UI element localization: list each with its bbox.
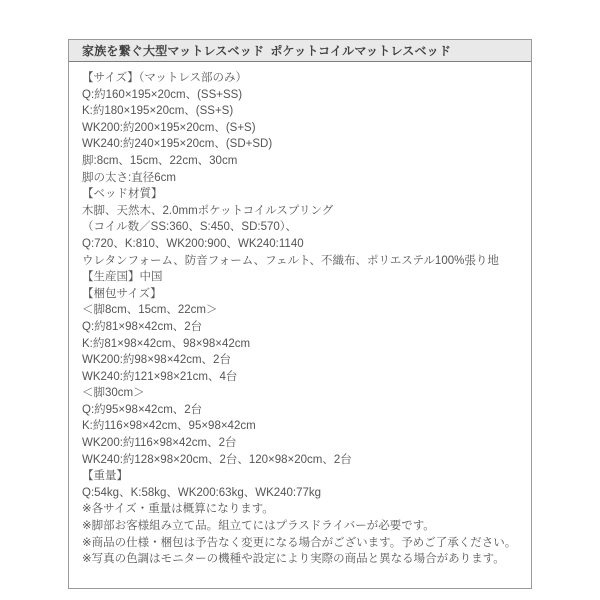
spec-line: Q:720、K:810、WK200:900、WK240:1140 (82, 236, 518, 253)
spec-panel-body: 【サイズ】（マットレス部のみ） Q:約160×195×20cm、(SS+SS) … (69, 62, 531, 568)
spec-line: 脚:8cm、15cm、22cm、30cm (82, 153, 518, 170)
spec-line: 【梱包サイズ】 (82, 286, 518, 303)
page: 家族を繋ぐ大型マットレスベッド ポケットコイルマットレスベッド 【サイズ】（マッ… (0, 0, 600, 600)
spec-line: WK200:約98×98×42cm、2台 (82, 352, 518, 369)
spec-line: WK200:約200×195×20cm、(S+S) (82, 120, 518, 137)
spec-panel-header: 家族を繋ぐ大型マットレスベッド ポケットコイルマットレスベッド (69, 40, 531, 62)
spec-line: 木脚、天然木、2.0mmポケットコイルスプリング (82, 203, 518, 220)
spec-line: ＜脚8cm、15cm、22cm＞ (82, 302, 518, 319)
spec-line: ※脚部お客様組み立て品。組立てにはプラスドライバーが必要です。 (82, 518, 518, 535)
spec-line: ※商品の仕様・梱包は予告なく変更になる場合がございます。予めご了承ください。 (82, 535, 518, 552)
spec-line: 脚の太さ:直径6cm (82, 170, 518, 187)
spec-line: 【サイズ】（マットレス部のみ） (82, 70, 518, 87)
spec-line: 【生産国】中国 (82, 269, 518, 286)
spec-line: WK240:約128×98×20cm、2台、120×98×20cm、2台 (82, 452, 518, 469)
spec-line: WK240:約121×98×21cm、4台 (82, 369, 518, 386)
spec-panel: 家族を繋ぐ大型マットレスベッド ポケットコイルマットレスベッド 【サイズ】（マッ… (68, 39, 532, 589)
spec-line: （コイル数／SS:360、S:450、SD:570）、 (82, 219, 518, 236)
spec-line: ウレタンフォーム、防音フォーム、フェルト、不織布、ポリエステル100%張り地 (82, 253, 518, 270)
spec-line: K:約81×98×42cm、98×98×42cm (82, 336, 518, 353)
panel-title: 家族を繋ぐ大型マットレスベッド ポケットコイルマットレスベッド (82, 42, 451, 59)
spec-line: K:約180×195×20cm、(SS+S) (82, 103, 518, 120)
spec-line: Q:約95×98×42cm、2台 (82, 402, 518, 419)
spec-line: WK200:約116×98×42cm、2台 (82, 435, 518, 452)
spec-line: ※各サイズ・重量は概算になります。 (82, 501, 518, 518)
spec-line: K:約116×98×42cm、95×98×42cm (82, 418, 518, 435)
spec-line: WK240:約240×195×20cm、(SD+SD) (82, 136, 518, 153)
spec-line: ※写真の色調はモニターの機種や設定により実際の商品と異なる場合があります。 (82, 551, 518, 568)
spec-line: Q:約160×195×20cm、(SS+SS) (82, 87, 518, 104)
spec-line: Q:約81×98×42cm、2台 (82, 319, 518, 336)
spec-line: 【重量】 (82, 468, 518, 485)
spec-line: ＜脚30cm＞ (82, 385, 518, 402)
spec-line: 【ベッド材質】 (82, 186, 518, 203)
spec-line: Q:54kg、K:58kg、WK200:63kg、WK240:77kg (82, 485, 518, 502)
